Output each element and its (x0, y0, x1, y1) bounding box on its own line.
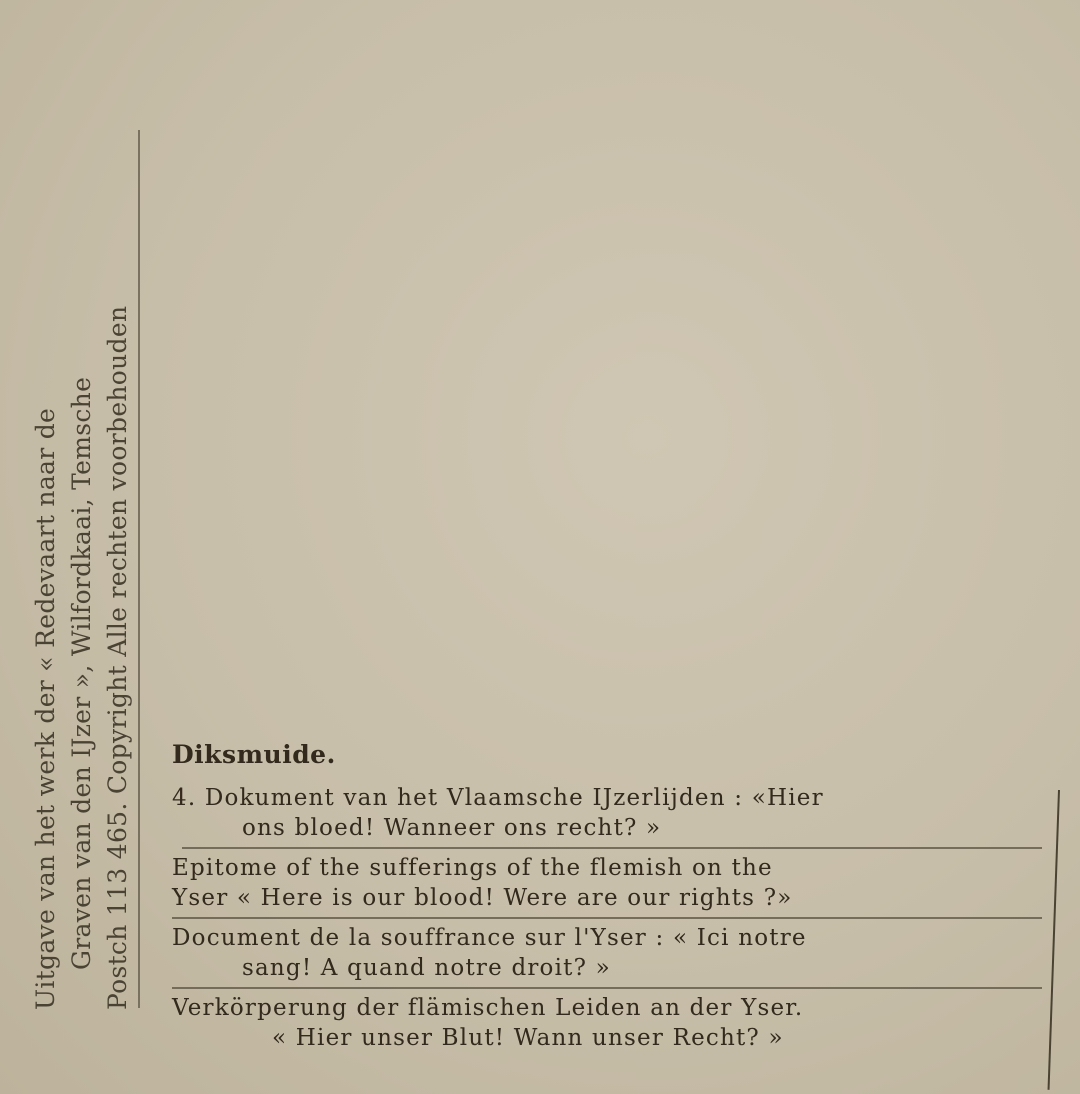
caption-line: sang! A quand notre droit? » (172, 953, 1052, 983)
publisher-line-1: Uitgave van het werk der « Redevaart naa… (28, 130, 64, 1010)
divider (172, 987, 1042, 989)
caption-entry-english: Epitome of the sufferings of the flemish… (172, 853, 1052, 913)
divider (182, 847, 1042, 849)
publisher-line-2: Graven van den IJzer », Wilfordkaai, Tem… (64, 130, 100, 1010)
publisher-line-3: Postch 113 465. Copyright Alle rechten v… (100, 130, 136, 1010)
caption-entry-dutch: 4. Dokument van het Vlaamsche IJzerlijde… (172, 783, 1052, 843)
caption-line: Document de la souffrance sur l'Yser : «… (172, 923, 1052, 953)
caption-line: « Hier unser Blut! Wann unser Recht? » (172, 1023, 1052, 1053)
caption-entry-french: Document de la souffrance sur l'Yser : «… (172, 923, 1052, 983)
caption-line: 4. Dokument van het Vlaamsche IJzerlijde… (172, 783, 1052, 813)
divider (172, 917, 1042, 919)
caption-line: Epitome of the sufferings of the flemish… (172, 853, 1052, 883)
caption-line: Verkörperung der flämischen Leiden an de… (172, 993, 1052, 1023)
publisher-text: Uitgave van het werk der « Redevaart naa… (28, 130, 136, 1010)
caption-block: Diksmuide. 4. Dokument van het Vlaamsche… (172, 740, 1052, 1053)
publisher-sidebar: Uitgave van het werk der « Redevaart naa… (0, 0, 150, 1094)
sidebar-divider (138, 130, 140, 1008)
caption-entry-german: Verkörperung der flämischen Leiden an de… (172, 993, 1052, 1053)
caption-line: ons bloed! Wanneer ons recht? » (172, 813, 1052, 843)
caption-line: Yser « Here is our blood! Were are our r… (172, 883, 1052, 913)
caption-title: Diksmuide. (172, 740, 1052, 769)
